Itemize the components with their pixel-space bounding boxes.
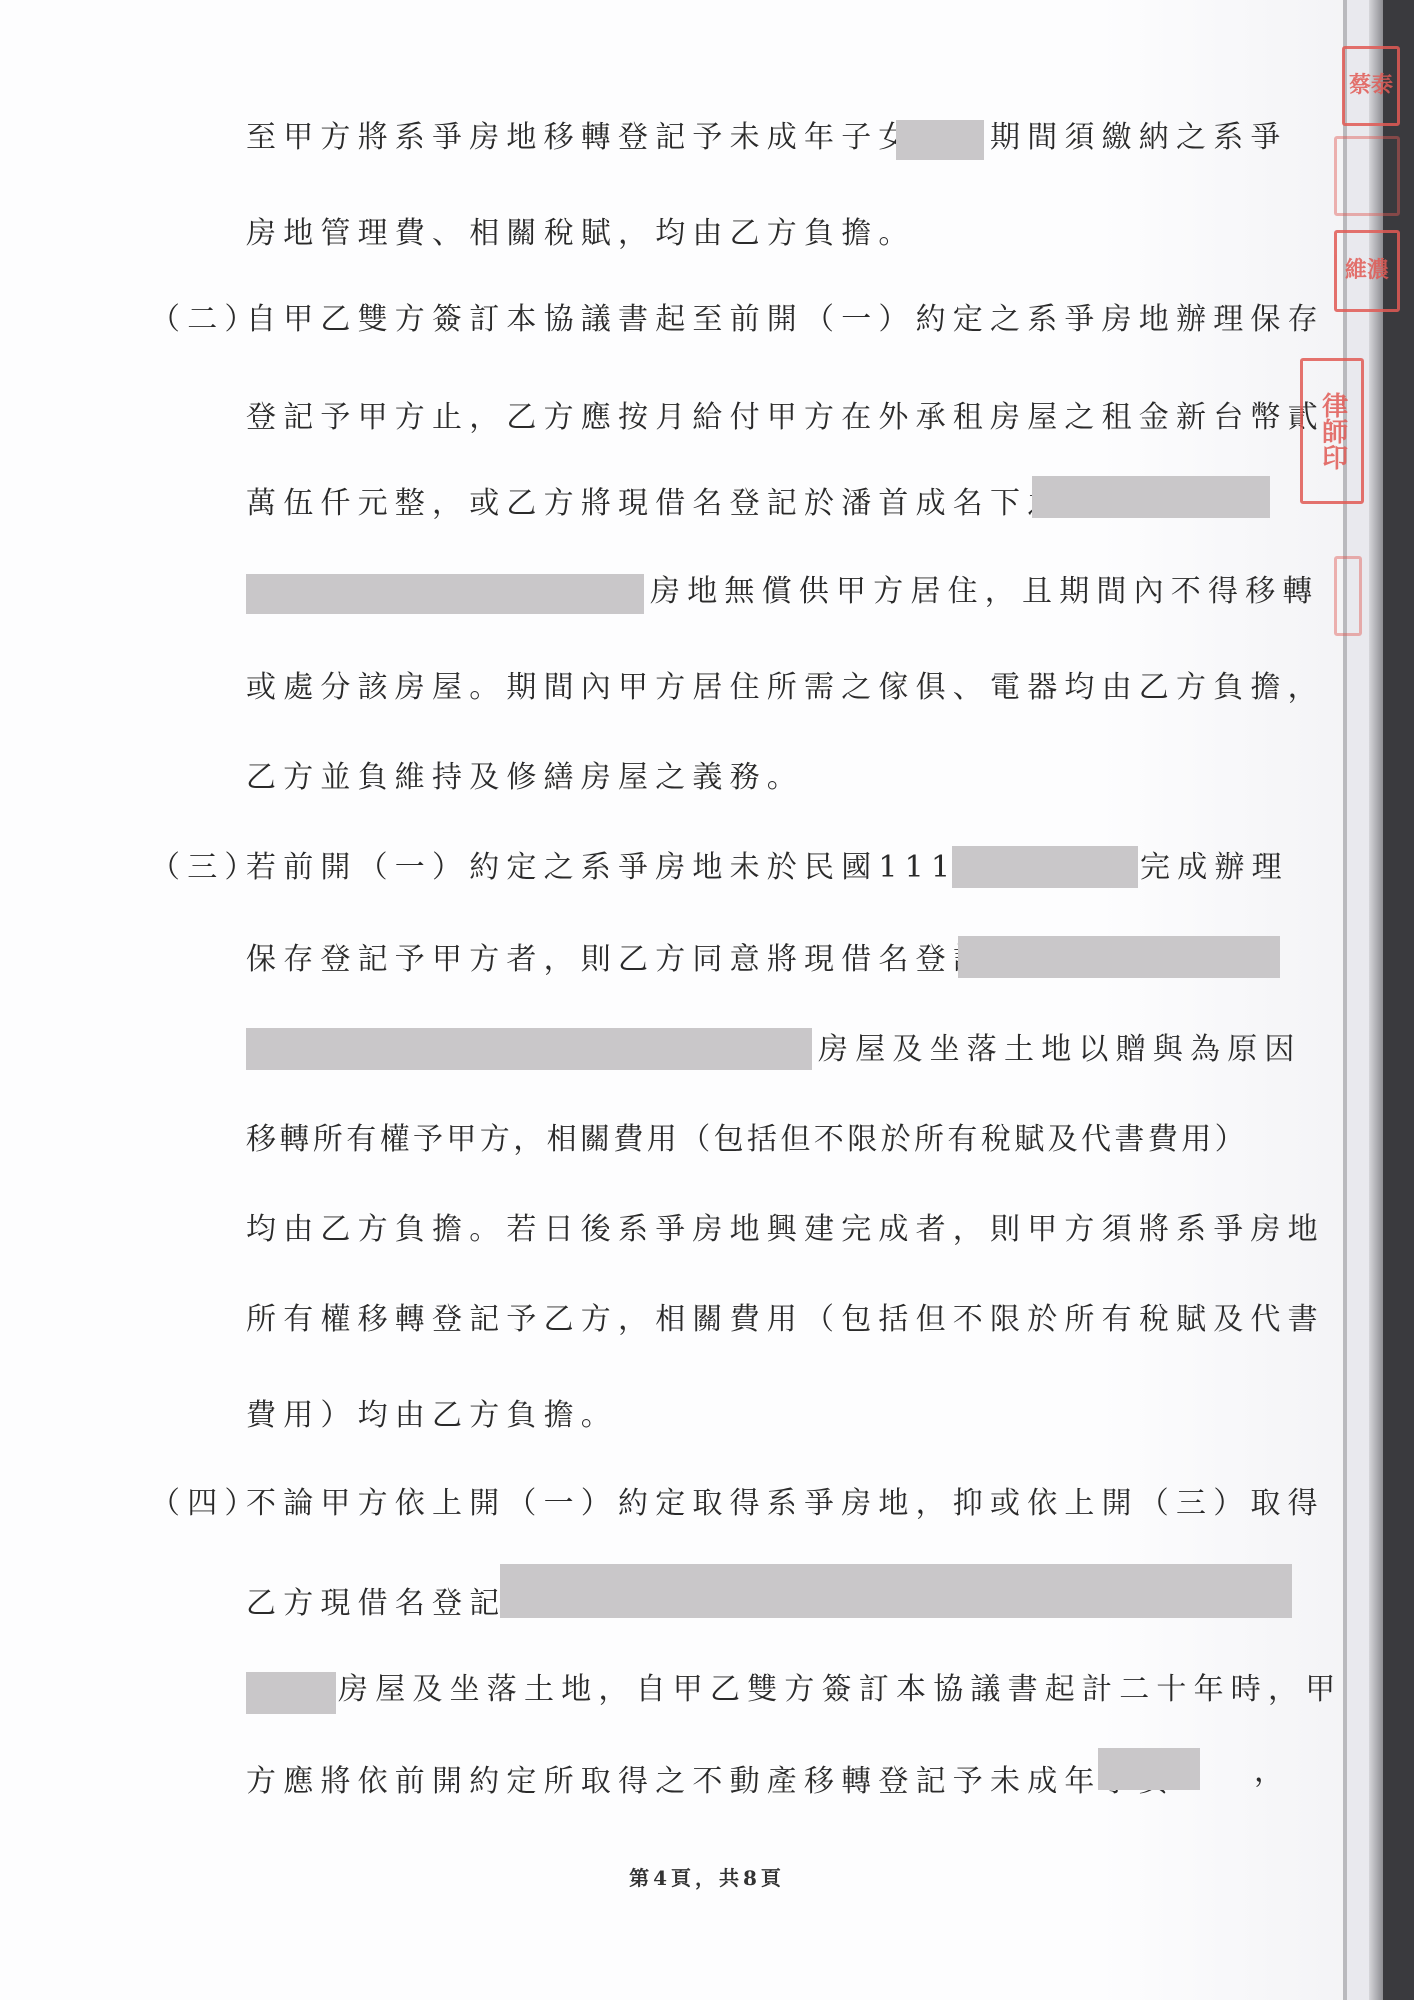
text-line: ，: [1254, 1752, 1291, 1792]
redaction-box: [1032, 476, 1270, 518]
redaction-box: [246, 1028, 812, 1070]
text-segment: 房地無償供甲方居住，且期間內不得移轉: [650, 574, 1320, 609]
seal-stamp: 維濃: [1334, 230, 1400, 312]
redaction-box: [896, 120, 984, 160]
text-segment: 不論甲方依上開（一）約定取得系爭房地，抑或依上開（三）取得: [246, 1486, 1325, 1521]
redaction-box: [1098, 1748, 1200, 1790]
text-segment: 費用）均由乙方負擔。: [246, 1398, 618, 1433]
text-segment: 房地管理費、相關稅賦，均由乙方負擔。: [246, 216, 916, 251]
text-segment: 至甲方將系爭房地移轉登記予未成年子女: [246, 120, 916, 155]
text-line: 所有權移轉登記予乙方，相關費用（包括但不限於所有稅賦及代書: [246, 1300, 1325, 1340]
text-line: 均由乙方負擔。若日後系爭房地興建完成者，則甲方須將系爭房地: [246, 1210, 1325, 1250]
text-line: 保存登記予甲方者，則乙方同意將現借名登記: [246, 940, 990, 980]
redaction-box: [246, 1672, 336, 1714]
text-line: 乙方並負維持及修繕房屋之義務。: [246, 758, 804, 798]
redaction-box: [952, 846, 1138, 888]
page-number: 第4頁，共8頁: [629, 1866, 785, 1890]
redaction-box: [500, 1564, 1292, 1618]
text-line: 房屋及坐落土地以贈與為原因: [818, 1030, 1302, 1070]
text-line: 不論甲方依上開（一）約定取得系爭房地，抑或依上開（三）取得: [246, 1484, 1325, 1524]
text-line: 房屋及坐落土地，自甲乙雙方簽訂本協議書起計二十年時，甲: [338, 1670, 1342, 1710]
text-segment: ，: [1254, 1754, 1291, 1789]
text-line: 移轉所有權予甲方，相關費用（包括但不限於所有稅賦及代書費用）: [246, 1120, 1248, 1160]
text-line: 費用）均由乙方負擔。: [246, 1396, 618, 1436]
clause-label: （三）: [150, 848, 262, 888]
text-segment: 若前開（一）約定之系爭房地未於民國111年: [246, 850, 994, 885]
text-line: 或處分該房屋。期間內甲方居住所需之傢俱、電器均由乙方負擔，: [246, 668, 1325, 708]
text-segment: 乙方並負維持及修繕房屋之義務。: [246, 760, 804, 795]
seal-text: 律師印: [1318, 392, 1345, 470]
text-segment: 或處分該房屋。期間內甲方居住所需之傢俱、電器均由乙方負擔，: [246, 670, 1325, 705]
redaction-box: [246, 574, 644, 614]
text-segment: 房屋及坐落土地，自甲乙雙方簽訂本協議書起計二十年時，甲: [338, 1672, 1342, 1707]
text-segment: 房屋及坐落土地以贈與為原因: [818, 1032, 1302, 1067]
text-segment: 登記予甲方止，乙方應按月給付甲方在外承租房屋之租金新台幣貳: [246, 400, 1325, 435]
seal-stamp: [1334, 136, 1400, 216]
text-segment: 所有權移轉登記予乙方，相關費用（包括但不限於所有稅賦及代書: [246, 1302, 1325, 1337]
clause-number: （四）: [150, 1486, 262, 1521]
text-segment: 方應將依前開約定所取得之不動產移轉登記予未成年子女: [246, 1764, 1176, 1799]
document-page: 至甲方將系爭房地移轉登記予未成年子女 期間須繳納之系爭 房地管理費、相關稅賦，均…: [0, 0, 1366, 2000]
lawyer-seal-stamp: 律師印: [1300, 358, 1364, 504]
text-line: 房地無償供甲方居住，且期間內不得移轉: [650, 572, 1320, 612]
text-line: 自甲乙雙方簽訂本協議書起至前開（一）約定之系爭房地辦理保存: [246, 300, 1325, 340]
text-segment: 保存登記予甲方者，則乙方同意將現借名登記: [246, 942, 990, 977]
text-line: 登記予甲方止，乙方應按月給付甲方在外承租房屋之租金新台幣貳: [246, 398, 1325, 438]
text-segment: 期間須繳納之系爭: [990, 120, 1288, 155]
text-line: 乙方現借名登記: [246, 1584, 506, 1624]
text-segment: 均由乙方負擔。若日後系爭房地興建完成者，則甲方須將系爭房地: [246, 1212, 1325, 1247]
text-line: 方應將依前開約定所取得之不動產移轉登記予未成年子女: [246, 1762, 1176, 1802]
redaction-box: [958, 936, 1280, 978]
text-segment: 乙方現借名登記: [246, 1586, 506, 1621]
text-segment: 自甲乙雙方簽訂本協議書起至前開（一）約定之系爭房地辦理保存: [246, 302, 1325, 337]
text-line: 若前開（一）約定之系爭房地未於民國111年: [246, 848, 994, 888]
clause-label: （二）: [150, 300, 262, 340]
clause-label: （四）: [150, 1484, 262, 1524]
text-line: 期間須繳納之系爭: [990, 118, 1288, 158]
clause-number: （三）: [150, 850, 262, 885]
clause-number: （二）: [150, 302, 262, 337]
seal-stamp: 蔡泰: [1342, 46, 1400, 126]
seal-text: 蔡泰: [1349, 74, 1393, 97]
text-segment: 移轉所有權予甲方，相關費用（包括但不限於所有稅賦及代書費用）: [246, 1122, 1248, 1157]
text-line: 至甲方將系爭房地移轉登記予未成年子女: [246, 118, 916, 158]
page-number-footer: 第4頁，共8頁: [0, 1862, 1414, 1891]
seal-text: 維濃: [1345, 259, 1389, 282]
text-line: 完成辦理: [1140, 848, 1289, 888]
text-segment: 完成辦理: [1140, 850, 1289, 885]
seal-stamp: [1334, 556, 1362, 636]
text-segment: 萬伍仟元整，或乙方將現借名登記於潘首成名下之: [246, 486, 1064, 521]
text-line: 房地管理費、相關稅賦，均由乙方負擔。: [246, 214, 916, 254]
text-line: 萬伍仟元整，或乙方將現借名登記於潘首成名下之: [246, 484, 1064, 524]
